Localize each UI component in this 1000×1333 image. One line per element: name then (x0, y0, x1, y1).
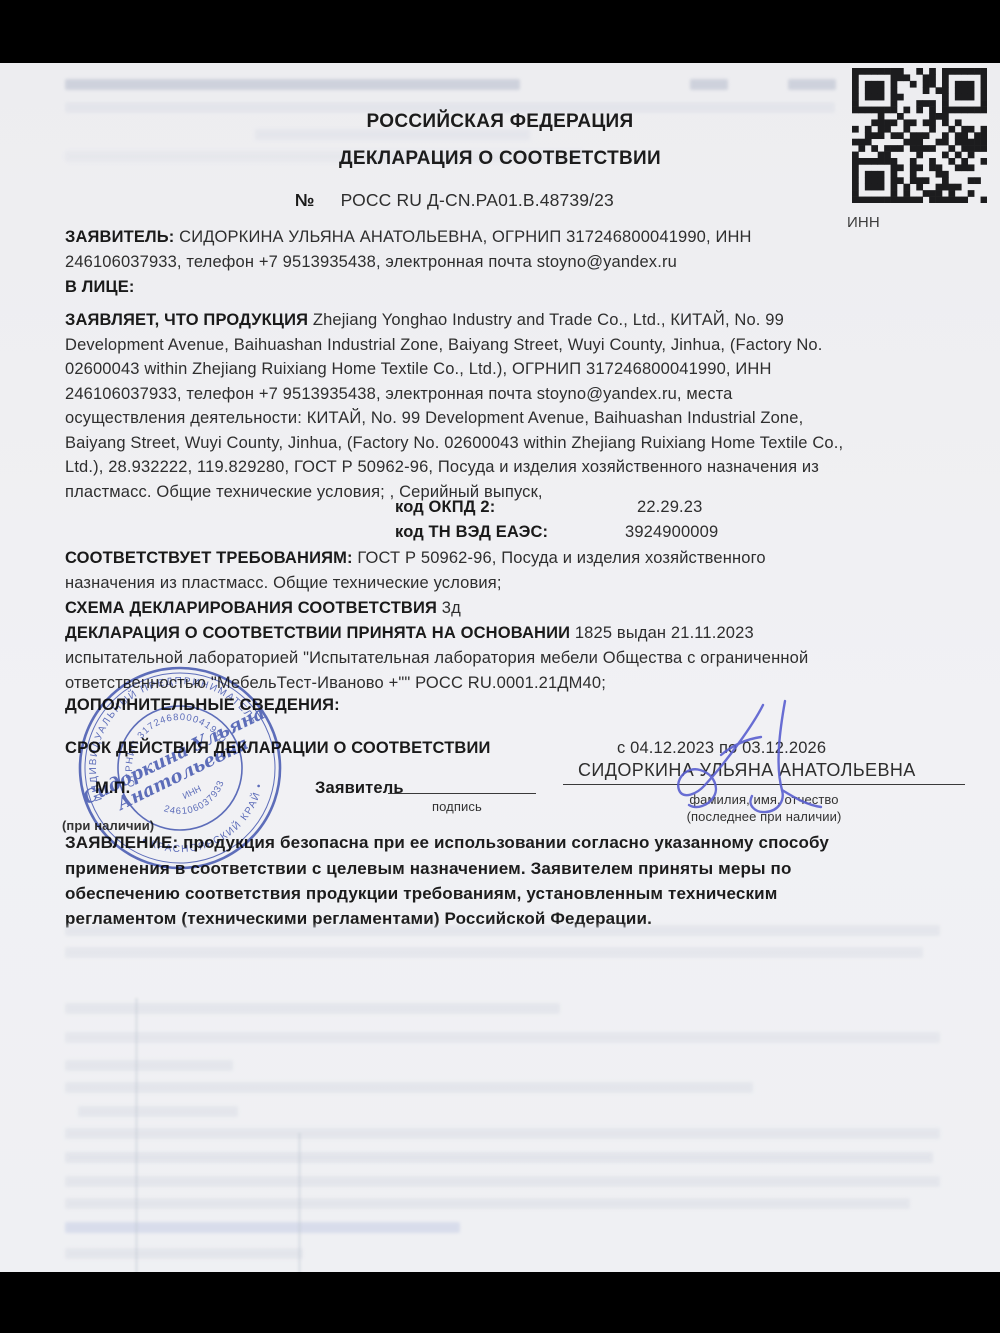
signature-scribble (635, 693, 860, 828)
number-value: РОСС RU Д-CN.РА01.В.48739/23 (341, 190, 614, 210)
faded-text-line (788, 79, 836, 90)
stamp-inn-label: ИНН (181, 784, 203, 802)
fold-crease (135, 998, 138, 1272)
scanned-document-page: ИНН РОССИЙСКАЯ ФЕДЕРАЦИЯ ДЕКЛАРАЦИЯ О СО… (0, 63, 1000, 1272)
declaration-number: №РОСС RU Д-CN.РА01.В.48739/23 (295, 190, 614, 210)
faded-text-line (65, 1152, 933, 1163)
stamp-seal: ИНДИВИДУАЛЬНЫЙ ПРЕДПРИНИМАТЕЛЬ • КРАСНОЯ… (50, 638, 310, 898)
declaration-scheme: СХЕМА ДЕКЛАРИРОВАНИЯ СООТВЕТСТВИЯ 3д (65, 598, 461, 618)
number-sign: № (295, 190, 315, 210)
applicant-line-2: 246106037933, телефон +7 9513935438, эле… (65, 252, 677, 272)
faded-text-line (65, 1032, 940, 1043)
declares-line-7: Ltd.), 28.932222, 119.829280, ГОСТ Р 509… (65, 457, 819, 477)
applicant-role-label: Заявитель (315, 778, 404, 798)
applicant-line-1: ЗАЯВИТЕЛЬ: СИДОРКИНА УЛЬЯНА АНАТОЛЬЕВНА,… (65, 227, 752, 247)
faded-text-line (65, 925, 940, 936)
signature-caption: подпись (432, 797, 482, 817)
title-doc-type: ДЕКЛАРАЦИЯ О СООТВЕТСТВИИ (0, 149, 1000, 169)
faded-text-line (65, 79, 520, 90)
screenshot-root: { "header": { "country": "РОССИЙСКАЯ ФЕД… (0, 0, 1000, 1333)
okpd-code-value: 22.29.23 (637, 497, 702, 517)
signature-underline (388, 793, 536, 794)
declares-line-4: 246106037933, телефон +7 9513935438, эле… (65, 384, 732, 404)
qr-caption: ИНН (847, 213, 880, 233)
declares-line-5: осуществления деятельности: КИТАЙ, No. 9… (65, 408, 803, 428)
faded-text-line (65, 1222, 460, 1233)
complies-line-2: назначения из пластмасс. Общие техническ… (65, 573, 502, 593)
faded-text-line (65, 1003, 560, 1014)
complies-line-1: СООТВЕТСТВУЕТ ТРЕБОВАНИЯМ: ГОСТ Р 50962-… (65, 548, 766, 568)
faded-text-line (65, 1198, 910, 1209)
faded-text-line (690, 79, 728, 90)
qr-code (852, 68, 987, 203)
faded-text-line (65, 1082, 753, 1093)
declares-line-6: Baiyang Street, Wuyi County, Jinhua, (Fa… (65, 433, 843, 453)
faded-text-line (65, 947, 923, 958)
tnved-code-value: 3924900009 (625, 522, 718, 542)
declares-line-2: Development Avenue, Baihuashan Industria… (65, 335, 822, 355)
declares-line-3: 02600043 within Zhejiang Ruixiang Home T… (65, 359, 772, 379)
faded-text-line (78, 1106, 238, 1117)
fold-crease (298, 1133, 301, 1272)
declares-line-1: ЗАЯВЛЯЕТ, ЧТО ПРОДУКЦИЯ Zhejiang Yonghao… (65, 310, 784, 330)
faded-text-line (65, 1248, 303, 1259)
okpd-code-label: код ОКПД 2: (395, 497, 495, 517)
title-country: РОССИЙСКАЯ ФЕДЕРАЦИЯ (0, 112, 1000, 132)
faded-text-line (65, 1176, 940, 1187)
faded-text-line (65, 1128, 940, 1139)
in-person-label: В ЛИЦЕ: (65, 277, 135, 297)
faded-text-line (65, 1060, 233, 1071)
tnved-code-label: код ТН ВЭД ЕАЭС: (395, 522, 548, 542)
